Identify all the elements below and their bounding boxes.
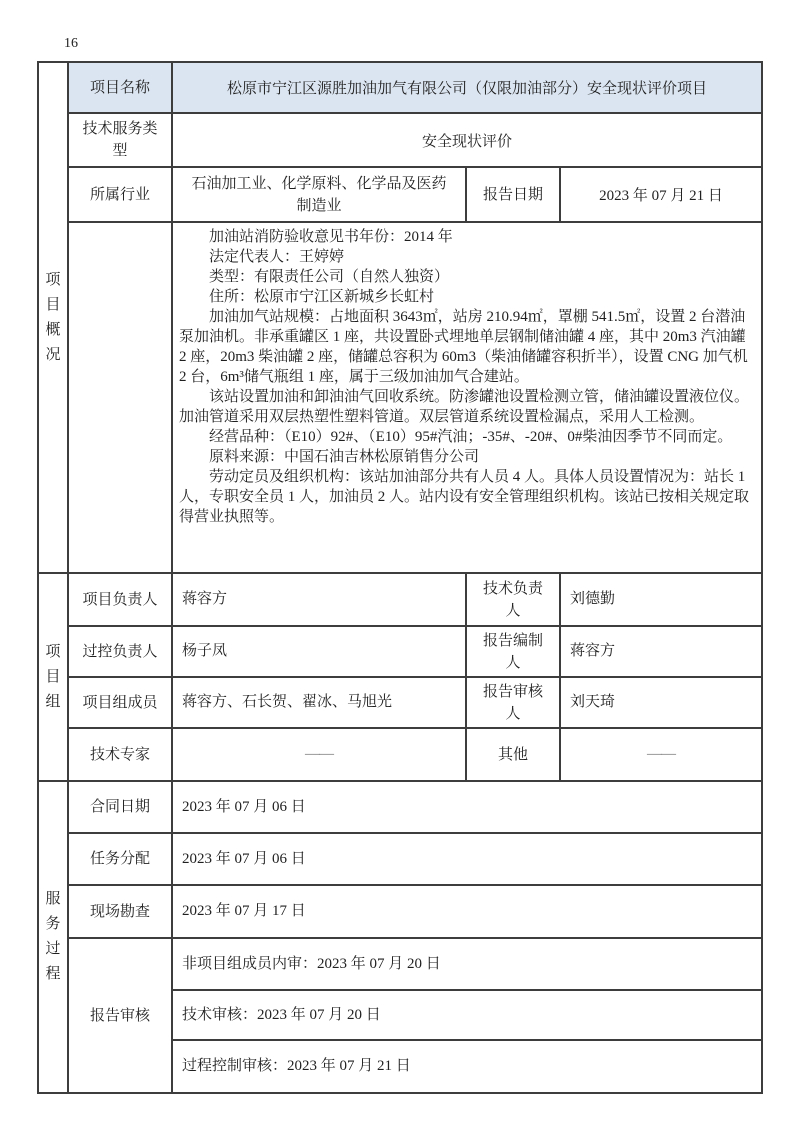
team-row-value2: 刘德勤: [561, 574, 763, 627]
section-label-overview: 项目概况: [39, 63, 69, 574]
team-row-value: 蒋容方、石长贺、翟冰、马旭光: [173, 678, 467, 729]
report-review-item: 技术审核：2023 年 07 月 20 日: [173, 991, 763, 1041]
industry-label: 所属行业: [69, 168, 173, 223]
team-row-value: 杨子凤: [173, 627, 467, 678]
process-row-label: 任务分配: [69, 834, 173, 886]
team-row-value2: 蒋容方: [561, 627, 763, 678]
process-row-value: 2023 年 07 月 06 日: [173, 834, 763, 886]
team-row-label2: 其他: [467, 729, 561, 782]
team-row-label: 项目组成员: [69, 678, 173, 729]
service-type-label: 技术服务类型: [69, 114, 173, 168]
project-name-label: 项目名称: [69, 63, 173, 114]
overview-paragraph: 加油站消防验收意见书年份：2014 年: [179, 227, 755, 247]
overview-text: 加油站消防验收意见书年份：2014 年 法定代表人：王婷婷 类型：有限责任公司（…: [173, 223, 763, 574]
overview-paragraph: 加油加气站规模：占地面积 3643㎡，站房 210.94㎡，罩棚 541.5㎡，…: [179, 307, 755, 387]
process-row-value: 2023 年 07 月 17 日: [173, 886, 763, 939]
overview-paragraph: 经营品种：（E10）92#、（E10）95#汽油；-35#、-20#、0#柴油因…: [179, 427, 755, 447]
team-row-value: ——: [173, 729, 467, 782]
overview-label-spacer: [69, 223, 173, 574]
team-row-label2: 报告编制人: [467, 627, 561, 678]
team-row-label2: 技术负责人: [467, 574, 561, 627]
team-row-value: 蒋容方: [173, 574, 467, 627]
page-number: 16: [64, 36, 78, 52]
report-date-value: 2023 年 07 月 21 日: [561, 168, 763, 223]
project-info-table: 项目概况 项目名称 松原市宁江区源胜加油加气有限公司（仅限加油部分）安全现状评价…: [37, 61, 763, 1094]
overview-paragraph: 类型：有限责任公司（自然人独资）: [179, 267, 755, 287]
report-review-label: 报告审核: [69, 939, 173, 1094]
process-row-value: 2023 年 07 月 06 日: [173, 782, 763, 834]
team-row-label2: 报告审核人: [467, 678, 561, 729]
report-date-label: 报告日期: [467, 168, 561, 223]
overview-paragraph: 法定代表人：王婷婷: [179, 247, 755, 267]
overview-paragraph: 原料来源：中国石油吉林松原销售分公司: [179, 447, 755, 467]
service-type-value: 安全现状评价: [173, 114, 763, 168]
overview-paragraph: 该站设置加油和卸油油气回收系统。防渗罐池设置检测立管，储油罐设置液位仪。加油管道…: [179, 387, 755, 427]
overview-paragraph: 劳动定员及组织机构：该站加油部分共有人员 4 人。具体人员设置情况为：站长 1 …: [179, 467, 755, 527]
team-row-value2: 刘天琦: [561, 678, 763, 729]
report-review-item: 非项目组成员内审：2023 年 07 月 20 日: [173, 939, 763, 991]
team-row-label: 技术专家: [69, 729, 173, 782]
section-label-team: 项目组: [39, 574, 69, 782]
process-row-label: 合同日期: [69, 782, 173, 834]
team-row-label: 过控负责人: [69, 627, 173, 678]
process-row-label: 现场勘查: [69, 886, 173, 939]
team-row-label: 项目负责人: [69, 574, 173, 627]
overview-paragraph: 住所：松原市宁江区新城乡长虹村: [179, 287, 755, 307]
industry-value: 石油加工业、化学原料、化学品及医药制造业: [173, 168, 467, 223]
project-name-value: 松原市宁江区源胜加油加气有限公司（仅限加油部分）安全现状评价项目: [173, 63, 763, 114]
report-review-item: 过程控制审核：2023 年 07 月 21 日: [173, 1041, 763, 1094]
team-row-value2: ——: [561, 729, 763, 782]
section-label-process: 服务过程: [39, 782, 69, 1094]
